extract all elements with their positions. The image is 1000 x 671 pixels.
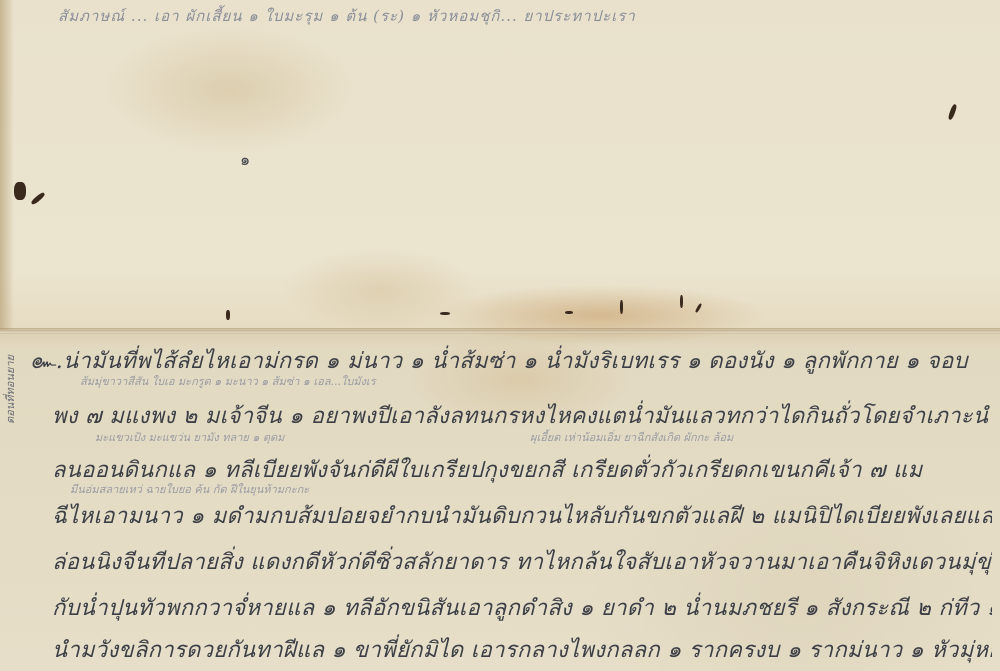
text-line-4: ฉีไหเอามนาว ๑ มดํามกบส้มปอยจยํากบนํามันด…	[52, 498, 992, 533]
insect-damage-blot	[14, 182, 26, 200]
manuscript-page: สัมภาษณ์ ... เอา ผักเสี้ยน ๑ ใบมะรุม ๑ ต…	[0, 0, 1000, 671]
paper-edge	[0, 0, 14, 330]
page-number: ๑	[240, 148, 250, 173]
margin-note: ตอนที่ทอนยาย	[2, 355, 20, 424]
upper-leaf: สัมภาษณ์ ... เอา ผักเสี้ยน ๑ ใบมะรุม ๑ ต…	[0, 0, 1000, 332]
insect-damage-blot	[680, 295, 683, 308]
insect-damage-blot	[947, 104, 957, 121]
insect-damage-blot	[30, 191, 45, 205]
pencil-annotation: ผุเอี้ยด เห่าน้อมเอิ่ม ยาฉีกสังเกิด ผักก…	[530, 428, 733, 446]
pencil-annotation: มะแขวเป้ง มะแขว่น ยามัง ทลาย ๑ ตุดม	[95, 428, 284, 446]
text-line-5: ล่อนนิงจีนทีปลายสิ่ง แดงกดีหัวก่ดีซิ่วสล…	[52, 544, 992, 579]
text-line-6: กับนํ่าปุนทัวพกกวาจํ่หายแล ๑ ทลีอักขนิสั…	[52, 590, 992, 625]
insect-damage-blot	[620, 300, 623, 314]
insect-damage-blot	[440, 312, 450, 315]
header-pencil-note: สัมภาษณ์ ... เอา ผักเสี้ยน ๑ ใบมะรุม ๑ ต…	[58, 4, 636, 28]
insect-damage-blot	[695, 303, 703, 313]
text-line-7: นํามวังขลิการดวยกันทาฝีแล ๑ ขาพี่ยักมิได…	[52, 632, 992, 667]
insect-damage-blot	[226, 310, 230, 320]
pencil-annotation: มีนอ่มสลายเหว่ ฉายใบยอ ค้น กัด ฝีในยุนห้…	[70, 480, 309, 498]
pencil-annotation: ส้มมุ่ขาวาสีสัน ใบเอ มะกรูด ๑ มะนาว ๑ ส้…	[80, 372, 376, 390]
insect-damage-blot	[565, 311, 573, 314]
